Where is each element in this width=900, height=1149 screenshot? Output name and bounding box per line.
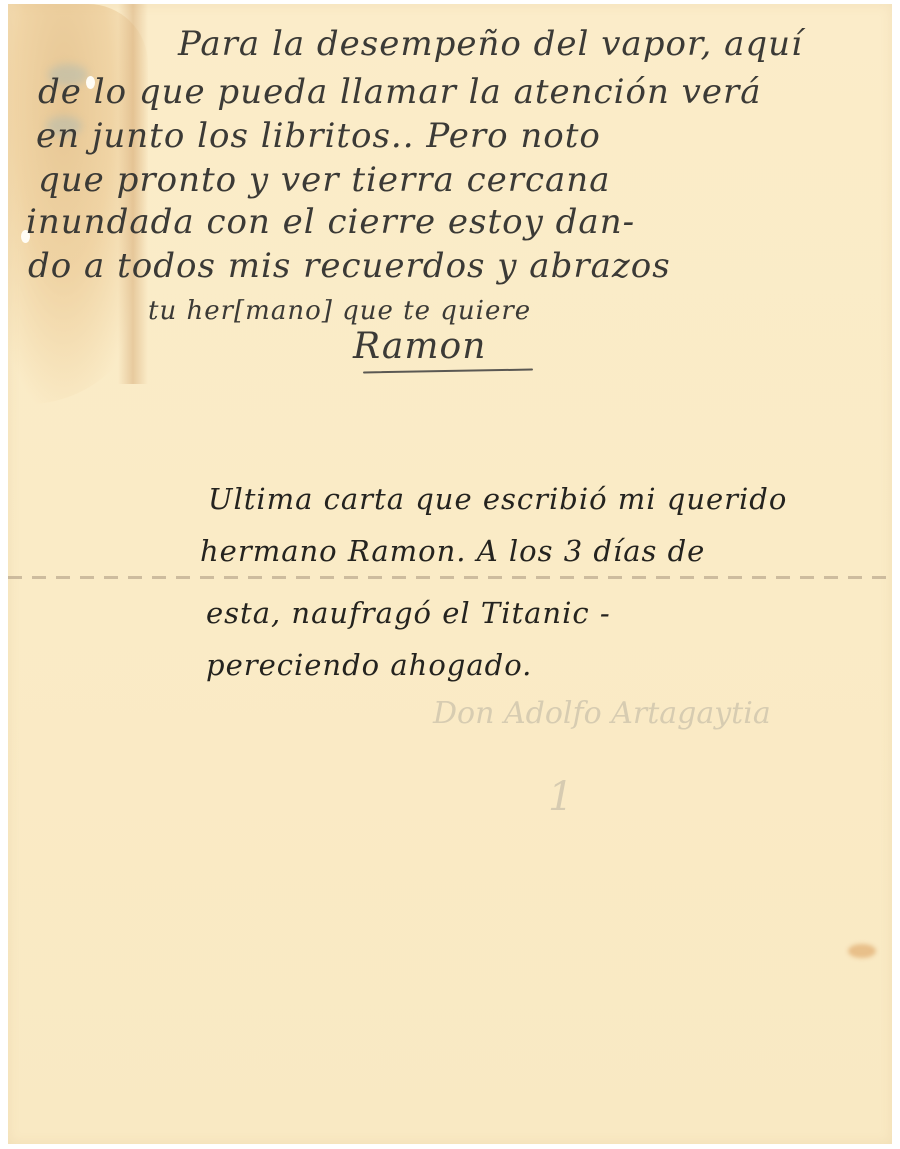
letter-line: que pronto y ver tierra cercana bbox=[38, 160, 610, 200]
letter-closing: tu her[mano] que te quiere bbox=[148, 296, 531, 326]
signature: Ramon bbox=[353, 326, 486, 367]
letter-line: de lo que pueda llamar la atención verá bbox=[38, 72, 762, 112]
pencil-annotation: Don Adolfo Artagaytia bbox=[433, 696, 771, 731]
note-line: esta, naufragó el Titanic - bbox=[206, 596, 611, 630]
pencil-mark: 1 bbox=[548, 774, 573, 820]
note-line: hermano Ramon. A los 3 días de bbox=[200, 534, 705, 568]
letter-line: inundada con el cierre estoy dan- bbox=[26, 202, 635, 242]
letter-line: Para la desempeño del vapor, aquí bbox=[178, 24, 803, 64]
letter-page: Para la desempeño del vapor, aquí de lo … bbox=[8, 4, 892, 1144]
note-line: Ultima carta que escribió mi querido bbox=[208, 482, 787, 516]
foxing-spot bbox=[848, 944, 876, 958]
signature-underline bbox=[363, 369, 533, 374]
note-line: pereciendo ahogado. bbox=[206, 648, 532, 682]
fold-line bbox=[8, 576, 892, 579]
letter-line: do a todos mis recuerdos y abrazos bbox=[28, 246, 671, 286]
letter-line: en junto los libritos.. Pero noto bbox=[36, 116, 601, 156]
